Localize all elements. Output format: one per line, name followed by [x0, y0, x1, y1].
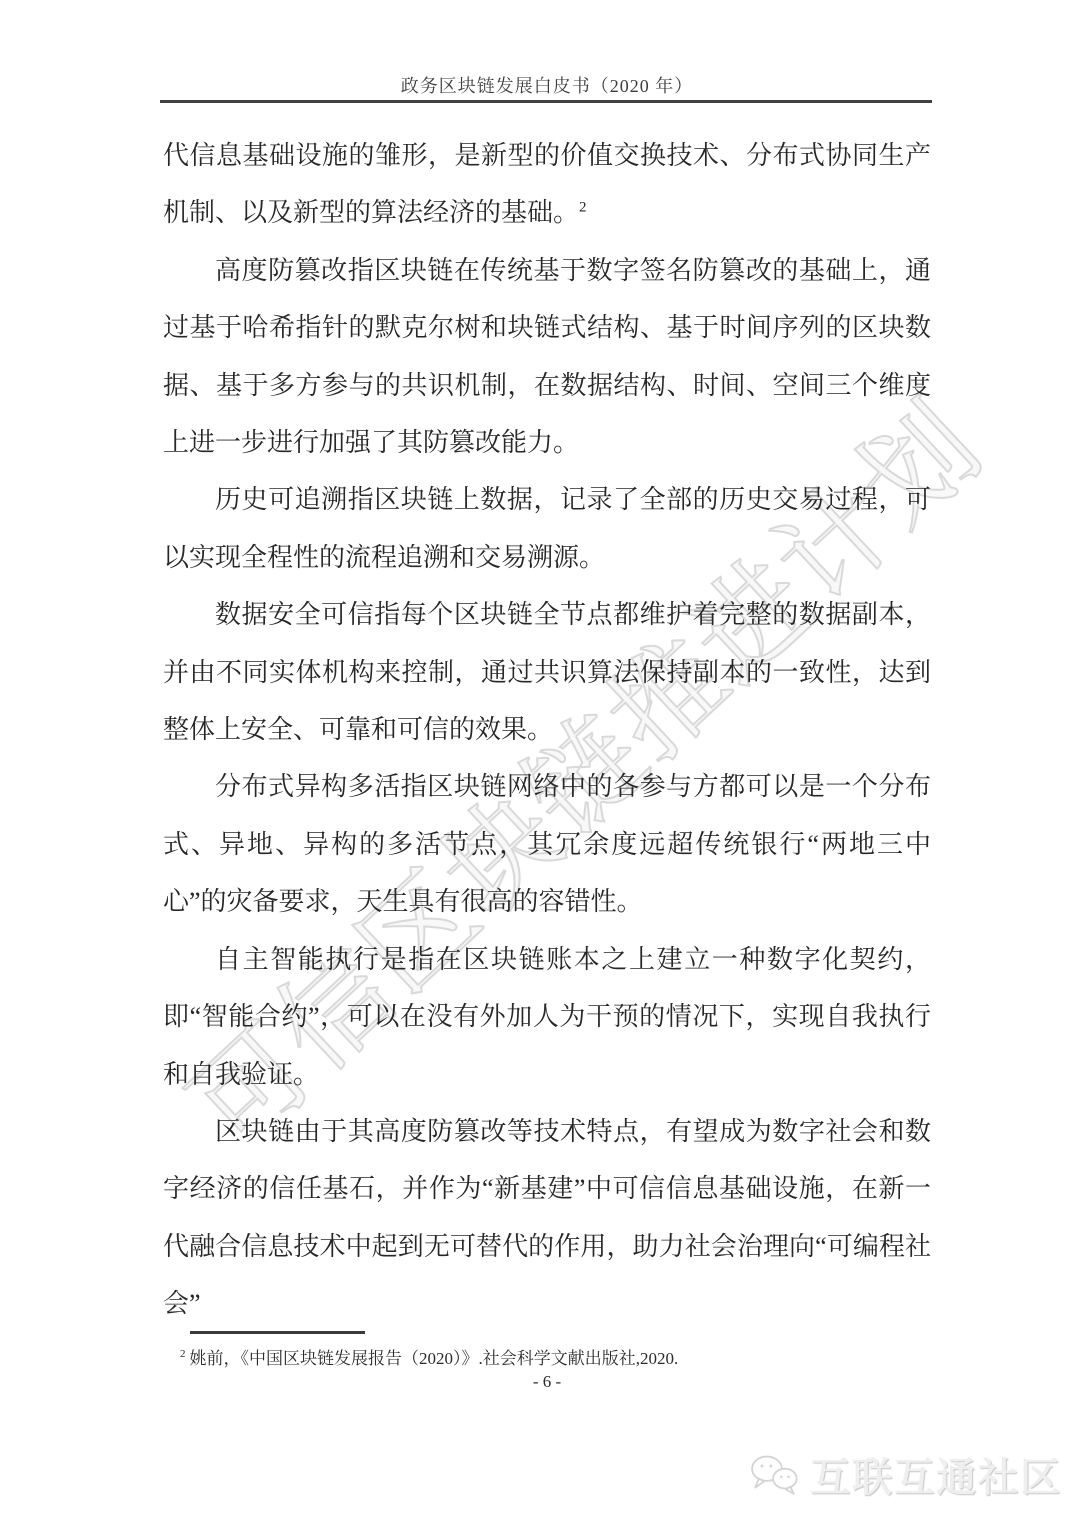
- paragraph: 自主智能执行是指在区块链账本之上建立一种数字化契约，即“智能合约”，可以在没有外…: [163, 931, 931, 1103]
- paragraph: 数据安全可信指每个区块链全节点都维护着完整的数据副本，并由不同实体机构来控制，通…: [163, 586, 931, 758]
- paragraph: 历史可追溯指区块链上数据，记录了全部的历史交易过程，可以实现全程性的流程追溯和交…: [163, 471, 931, 586]
- paragraph: 分布式异构多活指区块链网络中的各参与方都可以是一个分布式、异地、异构的多活节点，…: [163, 758, 931, 930]
- paragraph: 区块链由于其高度防篡改等技术特点，有望成为数字社会和数字经济的信任基石，并作为“…: [163, 1103, 931, 1333]
- paragraph-text: 代信息基础设施的雏形，是新型的价值交换技术、分布式协同生产机制、以及新型的算法经…: [163, 141, 931, 227]
- footnote-text: 姚前，《中国区块链发展报告（2020）》.社会科学文献出版社,2020.: [190, 1349, 679, 1368]
- paragraph: 代信息基础设施的雏形，是新型的价值交换技术、分布式协同生产机制、以及新型的算法经…: [163, 127, 931, 242]
- page-number: - 6 -: [163, 1372, 931, 1392]
- footnote-divider: [190, 1331, 365, 1334]
- wechat-chat-bubbles-icon: [748, 1451, 802, 1499]
- community-logo: 互联互通社区: [748, 1446, 1062, 1503]
- community-logo-text: 互联互通社区: [810, 1446, 1062, 1503]
- footnote-marker: 2: [180, 1348, 186, 1360]
- footnote: 2姚前，《中国区块链发展报告（2020）》.社会科学文献出版社,2020.: [180, 1344, 900, 1369]
- footnote-reference: 2: [579, 200, 587, 216]
- page-header-title: 政务区块链发展白皮书（2020 年）: [163, 72, 931, 98]
- paragraph: 高度防篡改指区块链在传统基于数字签名防篡改的基础上，通过基于哈希指针的默克尔树和…: [163, 242, 931, 472]
- header-divider: [160, 100, 932, 103]
- document-body: 代信息基础设施的雏形，是新型的价值交换技术、分布式协同生产机制、以及新型的算法经…: [163, 127, 931, 1333]
- document-page: 政务区块链发展白皮书（2020 年） 可信区块链推进计划 代信息基础设施的雏形，…: [0, 0, 1080, 1527]
